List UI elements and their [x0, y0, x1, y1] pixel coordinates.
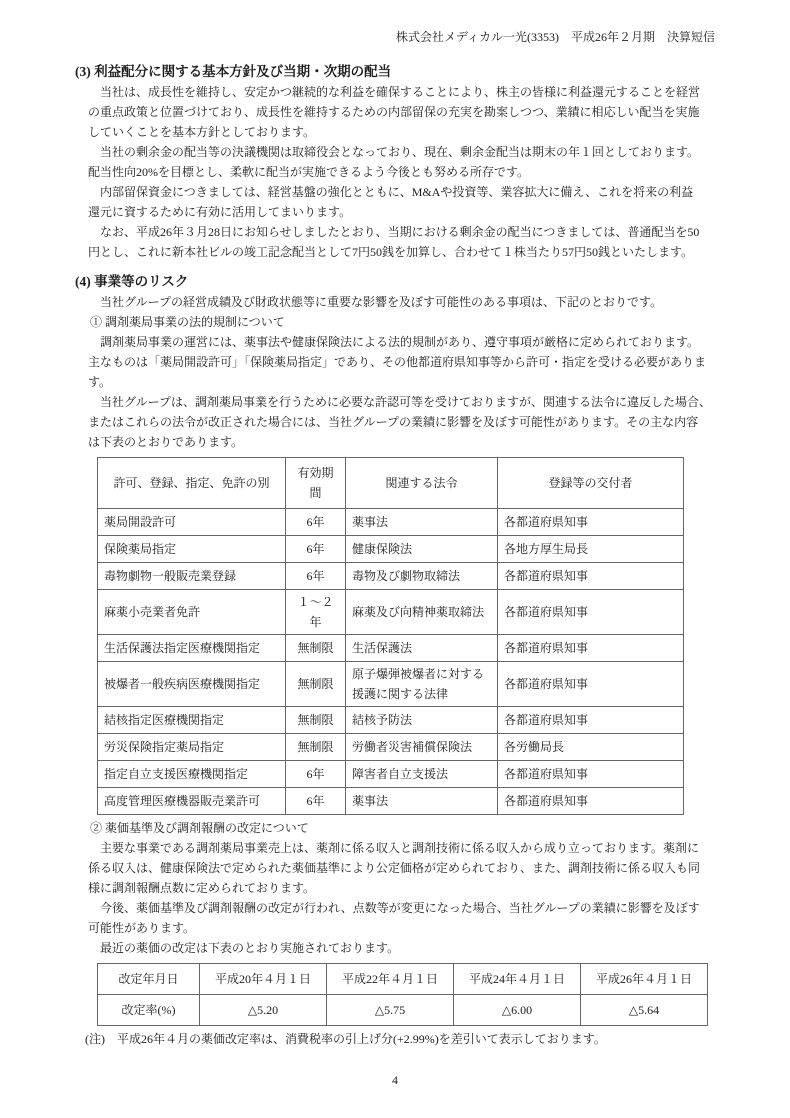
revision-row: 改定率(%) △5.20 △5.75 △6.00 △5.64: [98, 995, 708, 1026]
legal-permit-row: 毒物劇物一般販売業登録 6年 毒物及び劇物取締法 各都道府県知事: [98, 563, 684, 590]
revision-value-cell: △5.64: [581, 995, 708, 1026]
issuer-cell: 各都道府県知事: [498, 509, 684, 536]
table-note: (注) 平成26年４月の薬価改定率は、消費税率の引上げ分(+2.99%)を差引い…: [85, 1029, 715, 1049]
legal-permit-row: 薬局開設許可 6年 薬事法 各都道府県知事: [98, 509, 684, 536]
related-law-cell: 薬事法: [346, 788, 498, 815]
column-header-related-law: 関連する法令: [346, 458, 498, 509]
legal-permit-row: 生活保護法指定医療機関指定 無制限 生活保護法 各都道府県知事: [98, 635, 684, 662]
permit-type-cell: 指定自立支援医療機関指定: [98, 761, 286, 788]
permit-type-cell: 高度管理医療機器販売業許可: [98, 788, 286, 815]
legal-permit-row: 高度管理医療機器販売業許可 6年 薬事法 各都道府県知事: [98, 788, 684, 815]
valid-period-cell: 6年: [286, 536, 346, 563]
legal-permit-row: 指定自立支援医療機関指定 6年 障害者自立支援法 各都道府県知事: [98, 761, 684, 788]
page-number: 4: [392, 1073, 398, 1087]
column-header-issuer: 登録等の交付者: [498, 458, 684, 509]
item1-paragraph: 当社グループは、調剤薬局事業を行うために必要な許認可等を受けておりますが、関連す…: [88, 392, 715, 452]
valid-period-cell: 無制限: [286, 635, 346, 662]
item2-paragraph: 今後、薬価基準及び調剤報酬の改定が行われ、点数等が変更になった場合、当社グループ…: [88, 898, 715, 938]
valid-period-cell: 6年: [286, 788, 346, 815]
valid-period-cell: 6年: [286, 761, 346, 788]
issuer-cell: 各都道府県知事: [498, 563, 684, 590]
valid-period-cell: 無制限: [286, 662, 346, 707]
issuer-cell: 各都道府県知事: [498, 590, 684, 635]
revision-value-cell: 平成24年４月１日: [454, 964, 581, 995]
revision-value-cell: 平成20年４月１日: [200, 964, 327, 995]
issuer-cell: 各都道府県知事: [498, 707, 684, 734]
revision-value-cell: 平成22年４月１日: [327, 964, 454, 995]
revision-label-cell: 改定率(%): [98, 995, 200, 1026]
permit-type-cell: 保険薬局指定: [98, 536, 286, 563]
related-law-cell: 生活保護法: [346, 635, 498, 662]
table-header-row: 許可、登録、指定、免許の別 有効期間 関連する法令 登録等の交付者: [98, 458, 684, 509]
related-law-cell: 毒物及び劇物取締法: [346, 563, 498, 590]
permit-type-cell: 労災保険指定薬局指定: [98, 734, 286, 761]
related-law-cell: 労働者災害補償保険法: [346, 734, 498, 761]
valid-period-cell: 無制限: [286, 734, 346, 761]
revision-value-cell: △5.75: [327, 995, 454, 1026]
permit-type-cell: 毒物劇物一般販売業登録: [98, 563, 286, 590]
legal-regulation-table: 許可、登録、指定、免許の別 有効期間 関連する法令 登録等の交付者 薬局開設許可…: [97, 457, 684, 815]
issuer-cell: 各都道府県知事: [498, 662, 684, 707]
section3-paragraph: 当社の剰余金の配当等の決議機関は取締役会となっており、現在、剰余金配当は期末の年…: [88, 142, 715, 182]
section3-paragraph: 当社は、成長性を維持し、安定かつ継続的な利益を確保することにより、株主の皆様に利…: [88, 82, 715, 142]
section4-title: (4) 事業等のリスク: [75, 271, 715, 292]
section3-title: (3) 利益配分に関する基本方針及び当期・次期の配当: [75, 61, 715, 82]
revision-value-cell: △5.20: [200, 995, 327, 1026]
related-law-cell: 薬事法: [346, 509, 498, 536]
column-header-permit-type: 許可、登録、指定、免許の別: [98, 458, 286, 509]
issuer-cell: 各都道府県知事: [498, 788, 684, 815]
permit-type-cell: 被爆者一般疾病医療機関指定: [98, 662, 286, 707]
issuer-cell: 各地方厚生局長: [498, 536, 684, 563]
document-header: 株式会社メディカル一光(3353) 平成26年２月期 決算短信: [0, 0, 790, 45]
valid-period-cell: 6年: [286, 509, 346, 536]
item2-heading: ② 薬価基準及び調剤報酬の改定について: [90, 818, 715, 838]
page-content: (3) 利益配分に関する基本方針及び当期・次期の配当 当社は、成長性を維持し、安…: [0, 61, 790, 1049]
header-title: 株式会社メディカル一光(3353) 平成26年２月期 決算短信: [396, 30, 715, 44]
item2-paragraph: 最近の薬価の改定は下表のとおり実施されております。: [88, 938, 715, 958]
page-footer: 4: [0, 1073, 790, 1088]
valid-period-cell: 無制限: [286, 707, 346, 734]
item1-paragraph: 調剤薬局事業の運営には、薬事法や健康保険法による法的規制があり、遵守事項が厳格に…: [88, 332, 715, 392]
legal-permit-row: 労災保険指定薬局指定 無制限 労働者災害補償保険法 各労働局長: [98, 734, 684, 761]
revision-value-cell: △6.00: [454, 995, 581, 1026]
legal-permit-row: 保険薬局指定 6年 健康保険法 各地方厚生局長: [98, 536, 684, 563]
valid-period-cell: 6年: [286, 563, 346, 590]
related-law-cell: 結核予防法: [346, 707, 498, 734]
issuer-cell: 各都道府県知事: [498, 761, 684, 788]
column-header-valid-period: 有効期間: [286, 458, 346, 509]
legal-permit-row: 被爆者一般疾病医療機関指定 無制限 原子爆弾被爆者に対する援護に関する法律 各都…: [98, 662, 684, 707]
revision-label-cell: 改定年月日: [98, 964, 200, 995]
related-law-cell: 障害者自立支援法: [346, 761, 498, 788]
item2-paragraph: 主要な事業である調剤薬局事業売上は、薬剤に係る収入と調剤技術に係る収入から成り立…: [88, 838, 715, 898]
valid-period-cell: １～２年: [286, 590, 346, 635]
related-law-cell: 麻薬及び向精神薬取締法: [346, 590, 498, 635]
section4-intro: 当社グループの経営成績及び財政状態等に重要な影響を及ぼす可能性のある事項は、下記…: [88, 292, 715, 312]
section3-paragraph: なお、平成26年３月28日にお知らせしましたとおり、当期における剰余金の配当につ…: [88, 222, 715, 262]
issuer-cell: 各労働局長: [498, 734, 684, 761]
related-law-cell: 原子爆弾被爆者に対する援護に関する法律: [346, 662, 498, 707]
permit-type-cell: 麻薬小売業者免許: [98, 590, 286, 635]
item1-heading: ① 調剤薬局事業の法的規制について: [90, 312, 715, 332]
issuer-cell: 各都道府県知事: [498, 635, 684, 662]
permit-type-cell: 薬局開設許可: [98, 509, 286, 536]
drug-price-revision-table: 改定年月日 平成20年４月１日 平成22年４月１日 平成24年４月１日 平成26…: [97, 963, 708, 1026]
revision-value-cell: 平成26年４月１日: [581, 964, 708, 995]
permit-type-cell: 生活保護法指定医療機関指定: [98, 635, 286, 662]
permit-type-cell: 結核指定医療機関指定: [98, 707, 286, 734]
legal-permit-row: 麻薬小売業者免許 １～２年 麻薬及び向精神薬取締法 各都道府県知事: [98, 590, 684, 635]
section3-paragraph: 内部留保資金につきましては、経営基盤の強化とともに、M&Aや投資等、業容拡大に備…: [88, 182, 715, 222]
related-law-cell: 健康保険法: [346, 536, 498, 563]
legal-permit-row: 結核指定医療機関指定 無制限 結核予防法 各都道府県知事: [98, 707, 684, 734]
revision-row: 改定年月日 平成20年４月１日 平成22年４月１日 平成24年４月１日 平成26…: [98, 964, 708, 995]
document-page: 株式会社メディカル一光(3353) 平成26年２月期 決算短信 (3) 利益配分…: [0, 0, 790, 1118]
